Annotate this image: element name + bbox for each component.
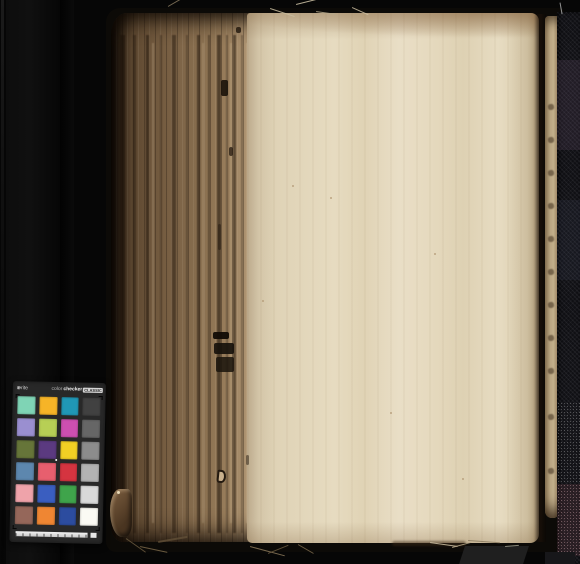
book-corner-nub: [110, 489, 132, 537]
color-patch-foliage: [16, 440, 34, 458]
colorchecker-card: ⊗ x-rite color checker CLASSIC: [9, 381, 106, 544]
cover-patch-reddish: [557, 484, 580, 556]
ink-stain: [218, 224, 221, 250]
color-patch-purplish-blue: [37, 485, 55, 503]
loose-thread: [296, 0, 327, 5]
ruler-strip: [15, 531, 87, 538]
wordmark-checker: checker: [63, 387, 82, 392]
wordmark-color: color: [51, 387, 62, 392]
fore-edge-mark: [548, 203, 555, 210]
edge-streak: [233, 35, 236, 533]
color-patch-neutral-5: [81, 442, 99, 460]
ink-stain: [216, 357, 234, 372]
color-patch-red: [59, 463, 77, 481]
manuscript-photo-scene: ⊗ x-rite color checker CLASSIC: [0, 0, 580, 564]
cloth-cover: [557, 12, 580, 564]
color-patch-blue: [58, 507, 76, 525]
ink-stain: [229, 147, 233, 156]
ink-stain: [236, 27, 241, 33]
color-patch-light-skin: [15, 484, 33, 502]
edge-streak: [241, 35, 243, 533]
fore-edge-mark: [548, 236, 555, 243]
fore-edge-mark: [548, 137, 555, 144]
fore-edge-mark: [548, 335, 555, 342]
color-patch-bluish-green: [17, 396, 35, 414]
fore-edge-mark: [548, 170, 555, 177]
ink-stain: [246, 455, 249, 465]
edge-highlight-ridge: [152, 43, 154, 523]
edge-streak: [208, 35, 210, 533]
edge-streak: [120, 35, 125, 533]
color-patch-yellow: [60, 441, 78, 459]
page-speck: [262, 300, 264, 302]
color-patch-orange: [36, 507, 54, 525]
cradle-shadow: [459, 546, 529, 564]
color-patch-orange-yellow: [39, 397, 57, 415]
color-patch-yellow-green: [38, 419, 56, 437]
cover-patch-navy: [557, 200, 580, 280]
color-patch-cyan: [61, 397, 79, 415]
edge-streak: [133, 35, 136, 533]
colorchecker-header: ⊗ x-rite color checker CLASSIC: [17, 384, 103, 395]
edge-streak: [197, 35, 200, 533]
color-patch-blue-flower: [17, 418, 35, 436]
edge-streak: [146, 35, 149, 533]
fore-edge-mark: [548, 468, 555, 475]
fore-edge-mark: [548, 302, 555, 309]
crop-mark-top-left: [16, 394, 20, 398]
page-speck: [462, 478, 464, 480]
page-speck: [330, 197, 332, 199]
edge-highlight-ridge: [202, 43, 204, 523]
backdrop-edge-line: [1, 0, 4, 564]
color-patch-dark-skin: [15, 506, 33, 524]
cradle-shadow-right: [545, 552, 575, 564]
ink-stain: [221, 80, 228, 96]
edge-streak: [217, 35, 221, 533]
color-patch-white: [80, 508, 98, 526]
color-patch-moderate-red: [37, 463, 55, 481]
ink-stain: [213, 332, 229, 339]
crop-mark-bottom-left: [13, 525, 17, 529]
color-patch-green: [59, 485, 77, 503]
registration-dot: [55, 459, 57, 461]
crop-mark-bottom-right: [96, 527, 100, 531]
fore-edge-mark: [548, 104, 555, 111]
cover-patch-speckled: [557, 402, 580, 484]
edge-streak: [160, 35, 162, 533]
edge-streak: [172, 35, 176, 533]
page-speck: [390, 412, 392, 414]
page-speck: [434, 253, 436, 255]
colorchecker-grid: [15, 396, 101, 526]
cover-patch-purple: [557, 60, 580, 150]
fore-edge-mark: [548, 414, 555, 421]
crop-mark-top-right: [99, 396, 103, 400]
corner-highlight: [117, 491, 120, 494]
edge-streak: [226, 35, 228, 533]
color-patch-neutral-8: [80, 486, 98, 504]
edge-streak: [186, 35, 188, 533]
fore-edge-mark: [548, 368, 555, 375]
color-patch-blue-sky: [16, 462, 34, 480]
color-patch-neutral-6-5: [81, 464, 99, 482]
fore-edge-mark: [548, 269, 555, 276]
blank-page: [247, 13, 539, 543]
xrite-brand-text: x-rite: [17, 386, 28, 391]
color-patch-neutral-3-5: [82, 420, 100, 438]
color-patch-purple: [38, 441, 56, 459]
classic-badge: CLASSIC: [83, 388, 103, 393]
page-speck: [292, 185, 294, 187]
colorchecker-wordmark: color checker CLASSIC: [51, 387, 102, 393]
page-edge-stack: [111, 13, 261, 542]
color-patch-magenta: [60, 419, 78, 437]
color-patch-black: [82, 398, 100, 416]
ink-stain: [214, 343, 234, 354]
ruler-end-segment: [90, 533, 96, 538]
edge-highlight-ridge: [230, 43, 232, 523]
loose-thread: [168, 0, 181, 7]
